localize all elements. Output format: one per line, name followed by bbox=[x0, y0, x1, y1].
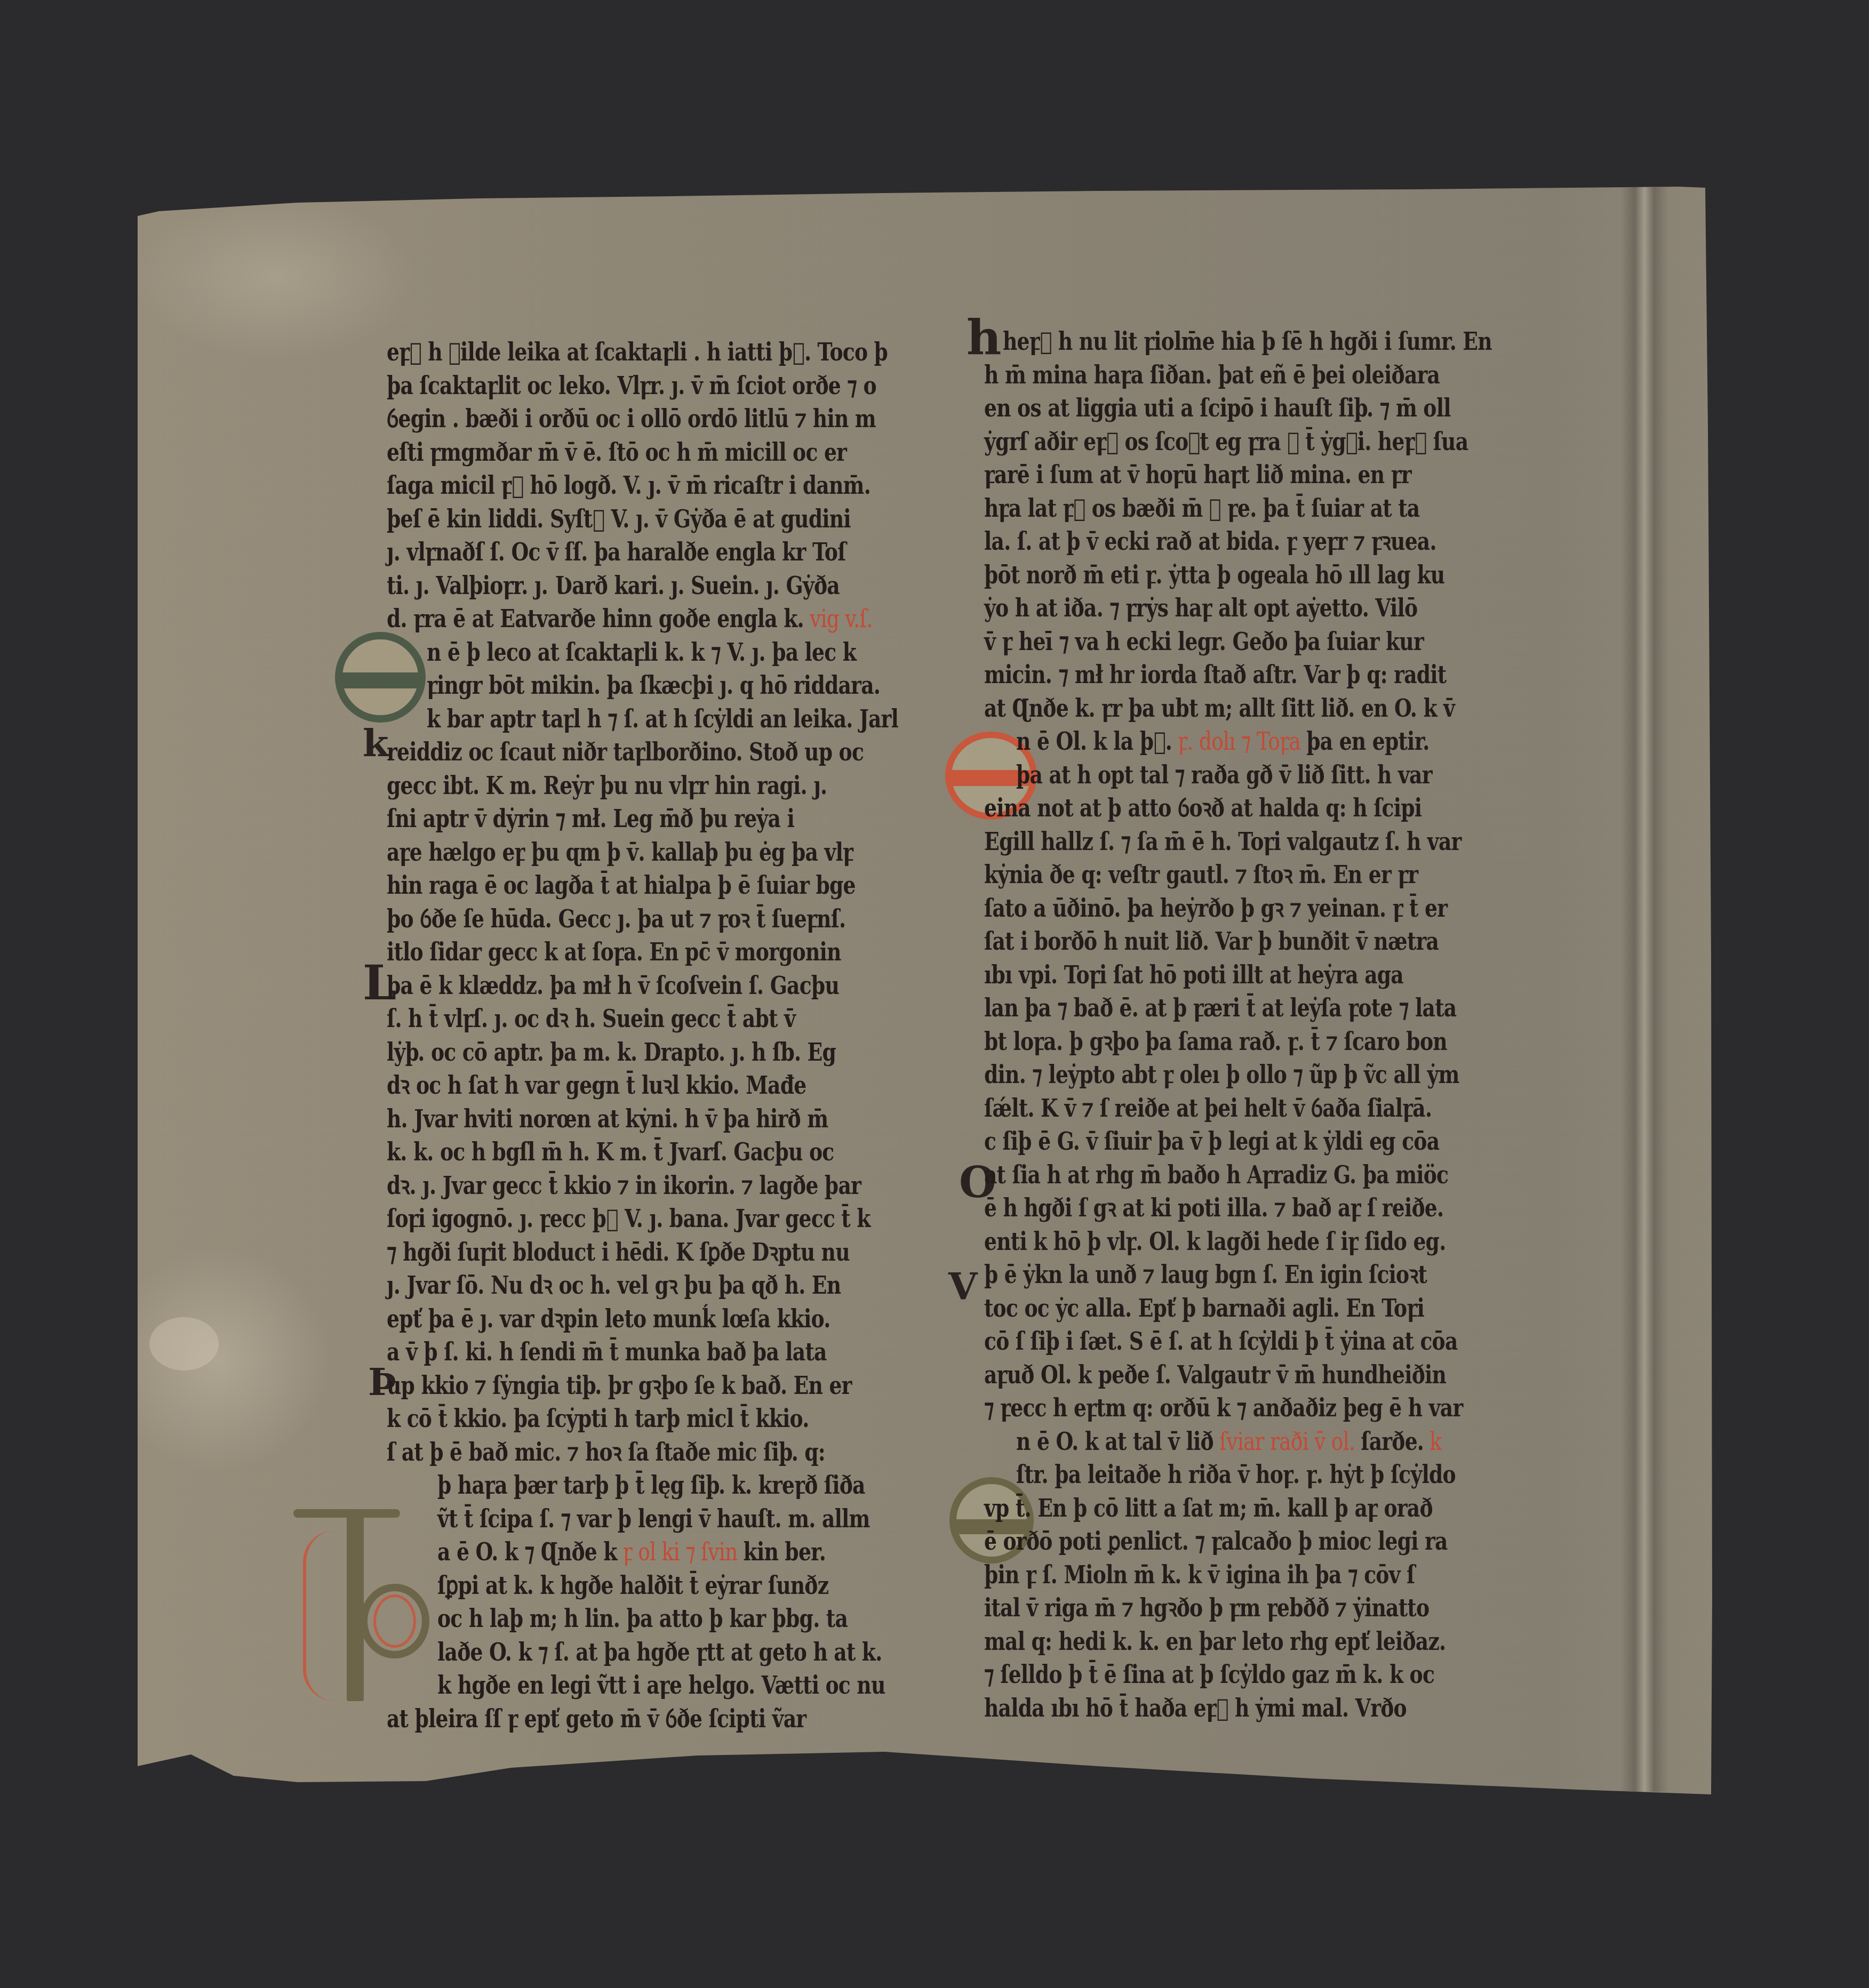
text-line: þa ſcaktaꝼlit oc leko. Vlꝼr. ȷ. v̄ m̄ ſc… bbox=[387, 370, 876, 402]
text-line: kẏnia ðe q: veſtr gautl. ⁊ ſtoꝛ m̄. En e… bbox=[984, 859, 1418, 891]
text-line: d. ꝼra ē at Eatvarðe hinn goðe engla k. … bbox=[387, 603, 873, 635]
text-line: itlo ſidar gecc k at ſoꝼa. En pc̄ v̄ mor… bbox=[387, 936, 841, 968]
text-line: ẏo h at iða. ⁊ ꝼrẏs haꝼ alt opt aẏetto. … bbox=[984, 592, 1417, 624]
text-line: lan þa ⁊ bað ē. at þ ꝼæri t̄ at leẏſa ꝼo… bbox=[984, 992, 1456, 1024]
text-line: aꝼe hælgo eꝼ þu ɋm þ v̄. kallaþ þu ėg þa… bbox=[387, 836, 853, 868]
text-line: eina not at þ atto ỽoꝛð at halda q: h ſc… bbox=[984, 792, 1421, 824]
text-line: h m̄ mina haꝼa ſiðan. þat eñ ē þei oleið… bbox=[984, 359, 1440, 391]
text-line: ſtr. þa leitaðe h riða v̄ hoꝼ. ꝼ. hẏt þ … bbox=[1016, 1458, 1456, 1490]
text-line: heꝼ᷑ h nu lit ꝼiolm̄e hia þ ſē h hgði i … bbox=[1003, 325, 1492, 357]
text-line: enti k hō þ vlꝼ. Ol. k lagði hede ſ iꝼ ſ… bbox=[984, 1225, 1445, 1257]
text-line: þōt norð m̄ eti ꝼ. ẏtta þ ogeala hō ıll … bbox=[984, 559, 1444, 591]
text-line: h. Jvar hviti norœn at kẏni. h v̄ þa hir… bbox=[387, 1103, 828, 1135]
text-line: at ſia h at rhg m̄ baðo h Aꝼradiz G. þa … bbox=[984, 1159, 1448, 1191]
text-line: din. ⁊ leẏpto abt ꝼ oleı þ ollo ⁊ ũp þ ṽ… bbox=[984, 1059, 1459, 1091]
text-line: ſoꝼi igognō. ȷ. ꝼecc þ᷑ V. ȷ. bana. Jvar… bbox=[387, 1203, 870, 1235]
marginal-letter-h: h bbox=[967, 309, 1001, 366]
text-line: ⁊ hgði ſuꝼit bloduct i hēdi. K ſꝑðe Dꝛpt… bbox=[387, 1236, 850, 1268]
text-line: toc oc ẏc alla. Epť þ barnaði agli. En T… bbox=[984, 1292, 1424, 1324]
text-line: eſti ꝼmgmðar m̄ v̄ ē. ſtō oc h m̄ micill… bbox=[387, 436, 846, 468]
text-line: þ haꝼa þær tarþ þ t̄ lęg ſiþ. k. kreꝼð ſ… bbox=[437, 1469, 865, 1501]
text-line: þin ꝼ ſ. Mioln m̄ k. k v̄ igina ih þa ⁊ … bbox=[984, 1559, 1415, 1591]
text-line: dꝛ. ȷ. Jvar gecc t̄ kkio ⁊ in ikorin. ⁊ … bbox=[387, 1169, 861, 1201]
text-line: n ē þ leco at ſcaktaꝼli k. k ⁊ V. ȷ. þa … bbox=[427, 636, 856, 668]
green-initial-e bbox=[335, 632, 426, 723]
text-line: eꝼ᷑ h ỽilde leika at ſcaktaꝼli . h iatti… bbox=[387, 336, 888, 368]
text-line: k cō t̄ kkio. þa ſcẏpti h tarþ micl t̄ k… bbox=[387, 1402, 809, 1434]
text-line: ſꝑpi at k. k hgðe halðit t̄ eẏrar ſunðz bbox=[437, 1569, 828, 1601]
text-line: k. k. oc h bgſl m̄ h. K m. t̄ Jvarſ. Gac… bbox=[387, 1136, 834, 1168]
water-stain bbox=[149, 1317, 219, 1370]
text-line: ıbı vpi. Toꝼi ſat hō poti illt at heẏra … bbox=[984, 959, 1403, 991]
text-line: n ē Ol. k la þ᷑. ꝼ. dolı ⁊ Toꝼa þa en ep… bbox=[1016, 725, 1429, 757]
text-line: la. ſ. at þ v̄ ecki rað at bida. ꝼ yeꝼr … bbox=[984, 525, 1436, 557]
text-line: ⁊ ꝼecc h eꝼtm q: orðū k ⁊ anðaðiz þeg ē … bbox=[984, 1392, 1463, 1424]
binding-fold bbox=[1620, 187, 1668, 1792]
rubric-text: ſviar raði v̄ ol. bbox=[1213, 1427, 1361, 1456]
text-line: at Ɋnðe k. ꝼr þa ubt m; allt ſitt lið. e… bbox=[984, 692, 1455, 724]
marginal-letter-k: k bbox=[363, 721, 389, 765]
text-line: þo ỽðe ſe hūda. Gecc ȷ. þa ut ⁊ ꝼoꝛ t̄ ſ… bbox=[387, 903, 845, 935]
text-line: bt loꝼa. þ gꝛþo þa ſama rað. ꝼ. t̄ ⁊ ſca… bbox=[984, 1025, 1447, 1057]
rubric-text: ꝼ ol ki ⁊ ſvin bbox=[617, 1537, 744, 1566]
text-line: þeſ ē kin liddi. Syſt᷑ V. ȷ. v̄ Gẏða ē a… bbox=[387, 503, 851, 535]
text-line: k hgðe en legi ṽtt i aꝼe helgo. Vætti oc… bbox=[437, 1669, 885, 1701]
decorated-initial-thorn bbox=[293, 1509, 432, 1701]
text-line: oc h laþ m; h lin. þa atto þ kar þbg. ta bbox=[437, 1602, 848, 1634]
text-line: ẏgrſ aðir eꝼ᷑ os ſcoꝛt eg ꝼra ⁊ t̄ ẏgꝛi.… bbox=[984, 426, 1468, 458]
text-line: aꝼuð Ol. k peðe ſ. Valgautr v̄ m̄ hundhe… bbox=[984, 1359, 1446, 1391]
text-line: hin raga ē oc lagða t̄ at hialpa þ ē ſui… bbox=[387, 869, 856, 901]
text-line: ē orðō poti ꝑenlict. ⁊ ꝼalcaðo þ mioc le… bbox=[984, 1525, 1448, 1557]
text-line: halda ıbı hō t̄ haða eꝼ᷑ h ẏmi mal. Vrðo bbox=[984, 1692, 1407, 1724]
text-line: k bar aptr taꝼl h ⁊ ſ. at h ſcẏldi an le… bbox=[427, 703, 898, 735]
text-line: micin. ⁊ mł hr iorda ſtað aſtr. Var þ q:… bbox=[984, 659, 1446, 691]
text-line: þa at h opt tal ⁊ raða gð v̄ lið ſitt. h… bbox=[1016, 759, 1432, 791]
text-line: ſaga micil ꝼ᷑ hō logð. V. ȷ. v̄ m̄ ricaſ… bbox=[387, 469, 870, 501]
text-line: reiddiz oc ſcaut niðr taꝼlborðino. Stoð … bbox=[387, 736, 864, 768]
text-line: n ē O. k at tal v̄ lið ſviar raði v̄ ol.… bbox=[1016, 1425, 1441, 1457]
text-line: ital v̄ riga m̄ ⁊ hgꝛðo þ ꝼm ꝼebðð ⁊ ẏin… bbox=[984, 1592, 1429, 1624]
text-line: gecc ibt. K m. Reẏr þu nu vlꝼr hin ragi.… bbox=[387, 769, 827, 801]
text-line: ꝼarē i ſum at v̄ hoꝼū haꝼt lið mina. en … bbox=[984, 459, 1411, 491]
text-line: a v̄ þ ſ. ki. h ſendi m̄ t̄ munka bað þa… bbox=[387, 1336, 827, 1368]
text-line: epť þa ē ȷ. var dꝛpin leto munḱ lœſa kki… bbox=[387, 1303, 830, 1335]
text-line: c ſiþ ē G. v̄ ſiuir þa v̄ þ legi at k ẏl… bbox=[984, 1125, 1439, 1157]
text-line: vp t̄. En þ cō litt a ſat m; m̄. kall þ … bbox=[984, 1492, 1433, 1524]
text-line: cō ſ ſiþ i ſæt. S ē ſ. at h ſcẏldi þ t̄ … bbox=[984, 1325, 1458, 1357]
text-line: en os at liggia uti a ſcipō i hauſt ſiþ.… bbox=[984, 392, 1451, 424]
text-line: a ē O. k ⁊ Ɋnðe k ꝼ ol ki ⁊ ſvin kin ber… bbox=[437, 1536, 826, 1568]
text-line: ē h hgði ſ gꝛ at ki poti illa. ⁊ bað aꝼ … bbox=[984, 1192, 1443, 1224]
text-line: ṽt t̄ ſcipa ſ. ⁊ var þ lengi v̄ hauſt. m… bbox=[437, 1503, 870, 1535]
text-line: ỽegin . bæði i orðū oc i ollō ordō litlū… bbox=[387, 403, 876, 435]
text-line: ſ at þ ē bað mic. ⁊ hoꝛ ſa ſtaðe mic ſiþ… bbox=[387, 1436, 825, 1468]
red-flourish bbox=[373, 1594, 416, 1648]
text-line: ſat i borðō h nuit lið. Var þ bunðit v̄ … bbox=[984, 925, 1439, 957]
text-line: Egill hallz ſ. ⁊ ſa m̄ ē h. Toꝼi valgaut… bbox=[984, 825, 1461, 857]
rubric-text: vig v.ſ. bbox=[804, 604, 873, 633]
text-line: laðe O. k ⁊ ſ. at þa hgðe ꝼtt at geto h … bbox=[437, 1636, 882, 1668]
text-line: ȷ. Jvar ſō. Nu dꝛ oc h. vel gꝛ þu þa ɋð … bbox=[387, 1269, 841, 1301]
text-line: þ ē ẏkn la unð ⁊ laug bgn ſ. En igin ſci… bbox=[984, 1258, 1427, 1290]
text-line: hꝼa lat ꝼ᷑ os bæði m̄ ⁊ ꝼe. þa t̄ ſuiar … bbox=[984, 492, 1419, 524]
text-line: ſni aptr v̄ dẏrin ⁊ mł. Leg m̄ð þu reẏa … bbox=[387, 803, 794, 835]
text-line: ſǽlt. K v̄ ⁊ ſ reiðe at þei helt v̄ ỽaða… bbox=[984, 1092, 1432, 1124]
text-line: dꝛ oc h ſat h var gegn t̄ luꝛl kkio. Mađ… bbox=[387, 1069, 806, 1101]
text-line: þa ē k klæddz. þa mł h v̄ ſcoſvein ſ. Ga… bbox=[387, 969, 839, 1001]
text-line: lẏþ. oc cō aptr. þa m. k. Drapto. ȷ. h ſ… bbox=[387, 1036, 836, 1068]
text-line: at þleira ſſ ꝼ epť geto m̄ v̄ ỽðe ſcipti… bbox=[387, 1703, 806, 1735]
text-line: ſ. h t̄ vlꝼſ. ȷ. oc dꝛ h. Suein gecc t̄ … bbox=[387, 1003, 795, 1035]
text-line: ti. ȷ. Valþioꝼr. ȷ. Ʋarð kari. ȷ. Suein.… bbox=[387, 570, 840, 602]
marginal-letter-v: V bbox=[948, 1264, 977, 1308]
text-line: v̄ ꝼ heī ⁊ va h ecki legr. Geðo þa ſuiar… bbox=[984, 626, 1424, 658]
text-line: ꝼingr bōt mikin. þa ſkæcþi ȷ. q hō ridda… bbox=[427, 669, 880, 701]
text-line: mal q: hedi k. k. en þar leto rhg epť le… bbox=[984, 1625, 1445, 1657]
rubric-text: ꝼ. dolı ⁊ Toꝼa bbox=[1172, 727, 1306, 756]
text-line: ſato a ūðinō. þa heẏrðo þ gꝛ ⁊ yeinan. ꝼ… bbox=[984, 892, 1447, 924]
text-line: up kkio ⁊ ſẏngia tiþ. þr gꝛþo ſe k bað. … bbox=[387, 1369, 852, 1401]
text-line: ⁊ ſelldo þ t̄ ē ſina at þ ſcẏldo gaz m̄ … bbox=[984, 1658, 1434, 1690]
text-line: ȷ. vlꝼnaðſ ſ. Oc v̄ ſſ. þa haralðe engla… bbox=[387, 536, 846, 568]
